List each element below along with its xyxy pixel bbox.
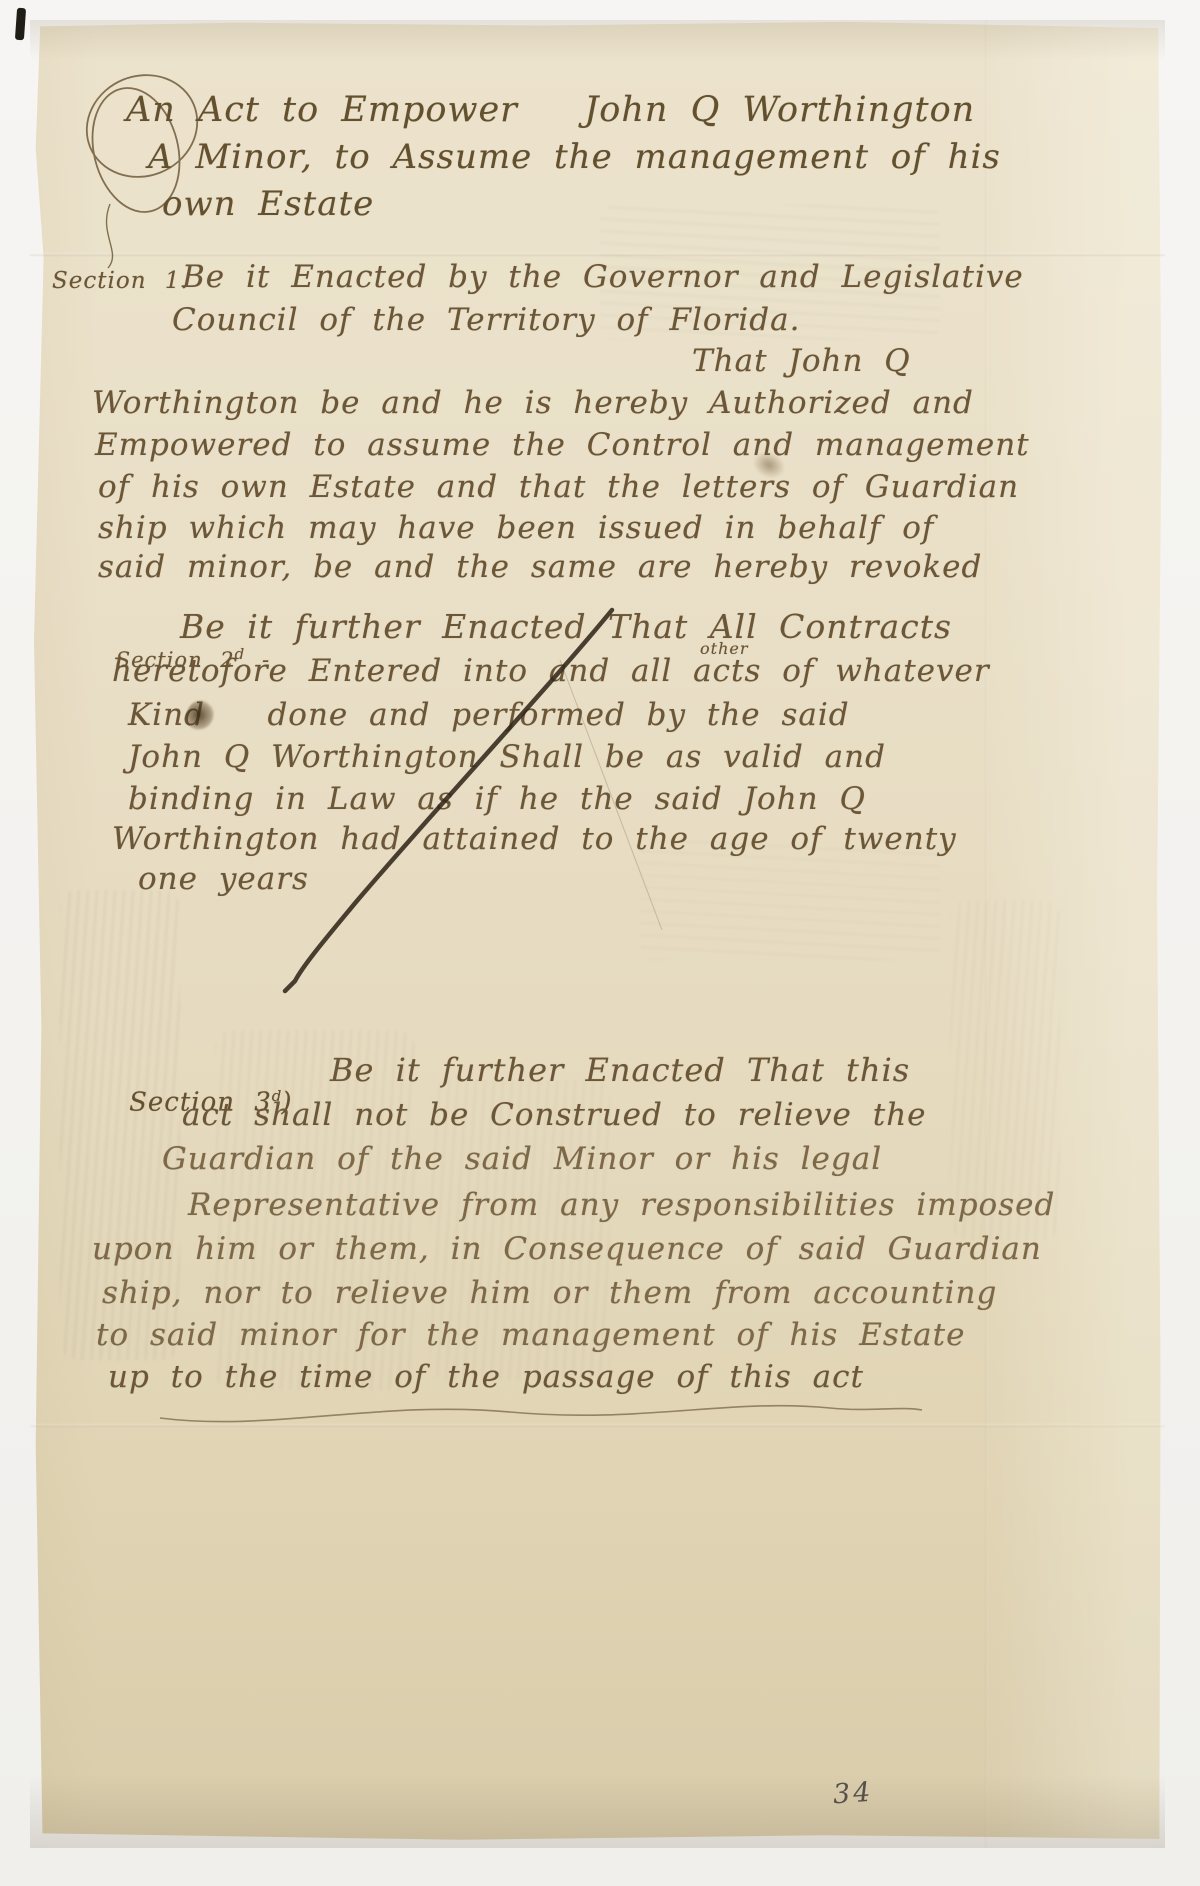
section3-line-4: Representative from any responsibilities… — [188, 1188, 1055, 1224]
section3-line-6: ship, nor to relieve him or them from ac… — [102, 1276, 997, 1312]
section3-line-5: upon him or them, in Consequence of said… — [92, 1232, 1042, 1268]
closing-flourish-icon — [150, 1392, 930, 1442]
section3-line-3: Guardian of the said Minor or his legal — [162, 1142, 882, 1178]
pen-slash-stroke — [0, 0, 1200, 1886]
section3-line-1: Be it further Enacted That this — [330, 1052, 910, 1089]
page-number: 34 — [832, 1777, 874, 1811]
scanned-document-page: An Act to Empower John Q Worthington A M… — [0, 0, 1200, 1886]
section3-line-8: up to the time of the passage of this ac… — [108, 1360, 864, 1396]
section3-line-2: act shall not be Construed to relieve th… — [182, 1098, 927, 1134]
section3-line-7: to said minor for the management of his … — [96, 1318, 965, 1354]
